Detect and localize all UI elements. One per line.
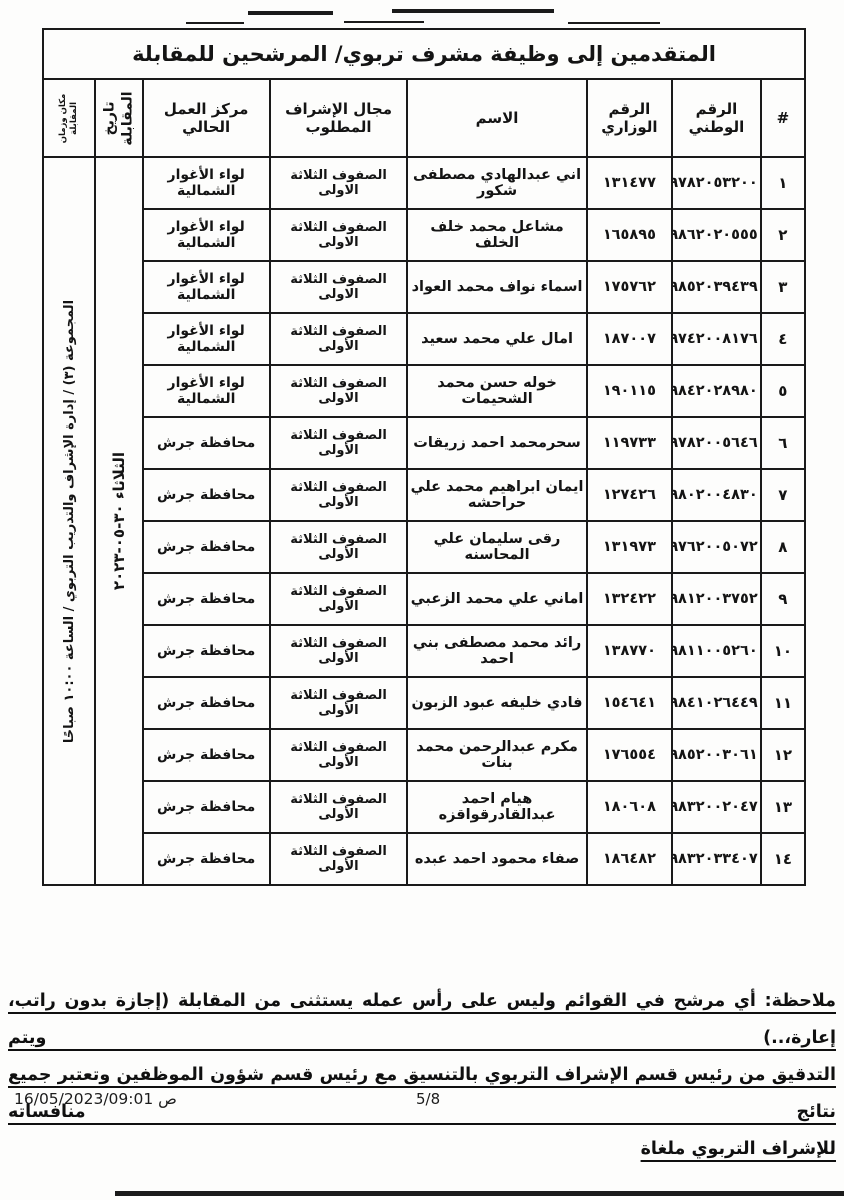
title-row: المتقدمين إلى وظيفة مشرف تربوي/ المرشحين… bbox=[43, 29, 805, 79]
col-header-work-center: مركز العمل الحالي bbox=[143, 79, 270, 157]
field-cell: الصفوف الثلاثة الأولى bbox=[270, 521, 408, 573]
ministry-id-cell: ١٨٦٤٨٢ bbox=[587, 833, 673, 885]
footer-page-number: 5/8 bbox=[416, 1090, 440, 1108]
field-cell: الصفوف الثلاثة الأولى bbox=[270, 417, 408, 469]
ministry-id-cell: ١٩٠١١٥ bbox=[587, 365, 673, 417]
ministry-id-cell: ١٧٥٧٦٢ bbox=[587, 261, 673, 313]
serial-cell: ١٢ bbox=[761, 729, 805, 781]
serial-cell: ٦ bbox=[761, 417, 805, 469]
serial-cell: ٩ bbox=[761, 573, 805, 625]
national-id-cell: ٩٨١٢٠٠٣٧٥٢ bbox=[672, 573, 761, 625]
national-id-cell: ٩٧٤٢٠٠٨١٧٦ bbox=[672, 313, 761, 365]
serial-cell: ٢ bbox=[761, 209, 805, 261]
name-cell: اني عبدالهادي مصطفى شكور bbox=[407, 157, 586, 209]
field-cell: الصفوف الثلاثة الاولى bbox=[270, 365, 408, 417]
col-header-name: الاسم bbox=[407, 79, 586, 157]
serial-cell: ٣ bbox=[761, 261, 805, 313]
field-cell: الصفوف الثلاثة الأولى bbox=[270, 625, 408, 677]
interview-date-header-label: تاريخ المقابلة bbox=[102, 91, 137, 145]
field-cell: الصفوف الثلاثة الأولى bbox=[270, 313, 408, 365]
field-cell: الصفوف الثلاثة الأولى bbox=[270, 781, 408, 833]
table-row: ١٢٩٨٥٢٠٠٣٠٦١١٧٦٥٥٤مكرم عبدالرحمن محمد بن… bbox=[43, 729, 805, 781]
work-center-cell: لواء الأغوار الشمالية bbox=[143, 157, 270, 209]
interview-place-value: المجموعة (٣) / إدارة الإشراف والتدريب ال… bbox=[62, 299, 77, 742]
serial-cell: ١٤ bbox=[761, 833, 805, 885]
interview-place-cell: المجموعة (٣) / إدارة الإشراف والتدريب ال… bbox=[43, 157, 95, 885]
ministry-id-cell: ١٧٦٥٥٤ bbox=[587, 729, 673, 781]
ministry-id-cell: ١٣٨٧٧٠ bbox=[587, 625, 673, 677]
interview-date-value: الثلاثاء ٣٠-٠٥-٢٠٢٣ bbox=[110, 452, 128, 590]
col-header-serial: # bbox=[761, 79, 805, 157]
table-row: ٣٩٨٥٢٠٣٩٤٣٩١٧٥٧٦٢اسماء نواف محمد العوادا… bbox=[43, 261, 805, 313]
field-cell: الصفوف الثلاثة الأولى bbox=[270, 677, 408, 729]
name-cell: اسماء نواف محمد العواد bbox=[407, 261, 586, 313]
footer-timestamp: 16/05/2023/09:01 ص bbox=[14, 1090, 177, 1108]
name-cell: رائد محمد مصطفى بني احمد bbox=[407, 625, 586, 677]
national-id-cell: ٩٨٤٢٠٢٨٩٨٠ bbox=[672, 365, 761, 417]
note-line: ملاحظة: أي مرشح في القوائم وليس على رأس … bbox=[8, 983, 836, 1057]
work-center-cell: محافظة جرش bbox=[143, 781, 270, 833]
national-id-cell: ٩٨٤١٠٢٦٤٤٩ bbox=[672, 677, 761, 729]
col-header-ministry-id: الرقم الوزاري bbox=[587, 79, 673, 157]
note-section: ملاحظة: أي مرشح في القوائم وليس على رأس … bbox=[8, 983, 836, 1168]
national-id-cell: ٩٨٣٢٠٣٣٤٠٧ bbox=[672, 833, 761, 885]
ministry-id-cell: ١٦٥٨٩٥ bbox=[587, 209, 673, 261]
work-center-cell: محافظة جرش bbox=[143, 833, 270, 885]
field-cell: الصفوف الثلاثة الأولى bbox=[270, 573, 408, 625]
table-row: ١٠٩٨١١٠٠٥٢٦٠١٣٨٧٧٠رائد محمد مصطفى بني اح… bbox=[43, 625, 805, 677]
ministry-id-cell: ١٢٧٤٢٦ bbox=[587, 469, 673, 521]
name-cell: امال علي محمد سعيد bbox=[407, 313, 586, 365]
document-title: المتقدمين إلى وظيفة مشرف تربوي/ المرشحين… bbox=[43, 29, 805, 79]
name-cell: مكرم عبدالرحمن محمد بنات bbox=[407, 729, 586, 781]
ministry-id-cell: ١٨٧٠٠٧ bbox=[587, 313, 673, 365]
name-cell: هيام احمد عبدالقادرقواقزه bbox=[407, 781, 586, 833]
serial-cell: ٧ bbox=[761, 469, 805, 521]
table-row: ٤٩٧٤٢٠٠٨١٧٦١٨٧٠٠٧امال علي محمد سعيدالصفو… bbox=[43, 313, 805, 365]
work-center-cell: لواء الأغوار الشمالية bbox=[143, 365, 270, 417]
work-center-cell: محافظة جرش bbox=[143, 729, 270, 781]
scan-artifact bbox=[248, 11, 333, 15]
serial-cell: ١١ bbox=[761, 677, 805, 729]
field-cell: الصفوف الثلاثة الأولى bbox=[270, 833, 408, 885]
ministry-id-cell: ١١٩٧٣٣ bbox=[587, 417, 673, 469]
table-row: ٢٩٨٦٢٠٢٠٥٥٥١٦٥٨٩٥مشاعل محمد خلف الخلفالص… bbox=[43, 209, 805, 261]
scan-artifact bbox=[568, 22, 660, 24]
table-row: ١٣٩٨٣٢٠٠٢٠٤٧١٨٠٦٠٨هيام احمد عبدالقادرقوا… bbox=[43, 781, 805, 833]
national-id-cell: ٩٧٨٢٠٥٣٢٠٠ bbox=[672, 157, 761, 209]
ministry-id-cell: ١٣١٤٧٧ bbox=[587, 157, 673, 209]
work-center-cell: محافظة جرش bbox=[143, 573, 270, 625]
national-id-cell: ٩٨٥٢٠٣٩٤٣٩ bbox=[672, 261, 761, 313]
work-center-cell: محافظة جرش bbox=[143, 417, 270, 469]
serial-cell: ٥ bbox=[761, 365, 805, 417]
header-row: # الرقم الوطني الرقم الوزاري الاسم مجال … bbox=[43, 79, 805, 157]
national-id-cell: ٩٨٣٢٠٠٢٠٤٧ bbox=[672, 781, 761, 833]
work-center-cell: لواء الأغوار الشمالية bbox=[143, 261, 270, 313]
name-cell: سحرمحمد احمد زريقات bbox=[407, 417, 586, 469]
work-center-cell: لواء الأغوار الشمالية bbox=[143, 209, 270, 261]
table-row: ٥٩٨٤٢٠٢٨٩٨٠١٩٠١١٥خوله حسن محمد الشحيماتا… bbox=[43, 365, 805, 417]
field-cell: الصفوف الثلاثة الاولى bbox=[270, 261, 408, 313]
applicants-table-body: ١٩٧٨٢٠٥٣٢٠٠١٣١٤٧٧اني عبدالهادي مصطفى شكو… bbox=[43, 157, 805, 885]
field-cell: الصفوف الثلاثة الاولى bbox=[270, 157, 408, 209]
name-cell: اماني علي محمد الزعبي bbox=[407, 573, 586, 625]
name-cell: صفاء محمود احمد عبده bbox=[407, 833, 586, 885]
national-id-cell: ٩٧٦٢٠٠٥٠٧٢ bbox=[672, 521, 761, 573]
work-center-cell: محافظة جرش bbox=[143, 521, 270, 573]
national-id-cell: ٩٧٨٢٠٠٥٦٤٦ bbox=[672, 417, 761, 469]
scanned-document-page: المتقدمين إلى وظيفة مشرف تربوي/ المرشحين… bbox=[0, 0, 844, 1200]
name-cell: ايمان ابراهيم محمد علي حراحشه bbox=[407, 469, 586, 521]
col-header-interview-place: مكان وزمان المقابلة bbox=[43, 79, 95, 157]
scan-artifact bbox=[344, 21, 424, 23]
national-id-cell: ٩٨١١٠٠٥٢٦٠ bbox=[672, 625, 761, 677]
field-cell: الصفوف الثلاثة الأولى bbox=[270, 729, 408, 781]
table-row: ٨٩٧٦٢٠٠٥٠٧٢١٣١٩٧٣رقى سليمان علي المحاسنه… bbox=[43, 521, 805, 573]
name-cell: مشاعل محمد خلف الخلف bbox=[407, 209, 586, 261]
table-row: ١٩٧٨٢٠٥٣٢٠٠١٣١٤٧٧اني عبدالهادي مصطفى شكو… bbox=[43, 157, 805, 209]
ministry-id-cell: ١٥٤٦٤١ bbox=[587, 677, 673, 729]
table-row: ١٤٩٨٣٢٠٣٣٤٠٧١٨٦٤٨٢صفاء محمود احمد عبدهال… bbox=[43, 833, 805, 885]
serial-cell: ٨ bbox=[761, 521, 805, 573]
national-id-cell: ٩٨٥٢٠٠٣٠٦١ bbox=[672, 729, 761, 781]
ministry-id-cell: ١٨٠٦٠٨ bbox=[587, 781, 673, 833]
table-row: ٩٩٨١٢٠٠٣٧٥٢١٣٢٤٢٢اماني علي محمد الزعبيال… bbox=[43, 573, 805, 625]
table-row: ٦٩٧٨٢٠٠٥٦٤٦١١٩٧٣٣سحرمحمد احمد زريقاتالصف… bbox=[43, 417, 805, 469]
col-header-national-id: الرقم الوطني bbox=[672, 79, 761, 157]
work-center-cell: محافظة جرش bbox=[143, 677, 270, 729]
serial-cell: ٤ bbox=[761, 313, 805, 365]
ministry-id-cell: ١٣١٩٧٣ bbox=[587, 521, 673, 573]
field-cell: الصفوف الثلاثة الأولى bbox=[270, 469, 408, 521]
work-center-cell: محافظة جرش bbox=[143, 625, 270, 677]
national-id-cell: ٩٨٦٢٠٢٠٥٥٥ bbox=[672, 209, 761, 261]
table-row: ٧٩٨٠٢٠٠٤٨٣٠١٢٧٤٢٦ايمان ابراهيم محمد علي … bbox=[43, 469, 805, 521]
col-header-interview-date: تاريخ المقابلة bbox=[95, 79, 142, 157]
serial-cell: ١٣ bbox=[761, 781, 805, 833]
name-cell: فادي خليفه عبود الزبون bbox=[407, 677, 586, 729]
ministry-id-cell: ١٣٢٤٢٢ bbox=[587, 573, 673, 625]
col-header-field: مجال الإشراف المطلوب bbox=[270, 79, 408, 157]
note-line: للإشراف التربوي ملغاة bbox=[8, 1131, 836, 1168]
serial-cell: ١٠ bbox=[761, 625, 805, 677]
work-center-cell: محافظة جرش bbox=[143, 469, 270, 521]
scan-artifact bbox=[392, 9, 554, 13]
interview-place-header-label: مكان وزمان المقابلة bbox=[58, 93, 81, 143]
name-cell: خوله حسن محمد الشحيمات bbox=[407, 365, 586, 417]
work-center-cell: لواء الأغوار الشمالية bbox=[143, 313, 270, 365]
interview-date-cell: الثلاثاء ٣٠-٠٥-٢٠٢٣ bbox=[95, 157, 142, 885]
applicants-table: المتقدمين إلى وظيفة مشرف تربوي/ المرشحين… bbox=[42, 28, 806, 886]
serial-cell: ١ bbox=[761, 157, 805, 209]
table-row: ١١٩٨٤١٠٢٦٤٤٩١٥٤٦٤١فادي خليفه عبود الزبون… bbox=[43, 677, 805, 729]
field-cell: الصفوف الثلاثة الاولى bbox=[270, 209, 408, 261]
name-cell: رقى سليمان علي المحاسنه bbox=[407, 521, 586, 573]
scan-artifact bbox=[186, 22, 244, 24]
national-id-cell: ٩٨٠٢٠٠٤٨٣٠ bbox=[672, 469, 761, 521]
scan-artifact bbox=[115, 1191, 844, 1196]
